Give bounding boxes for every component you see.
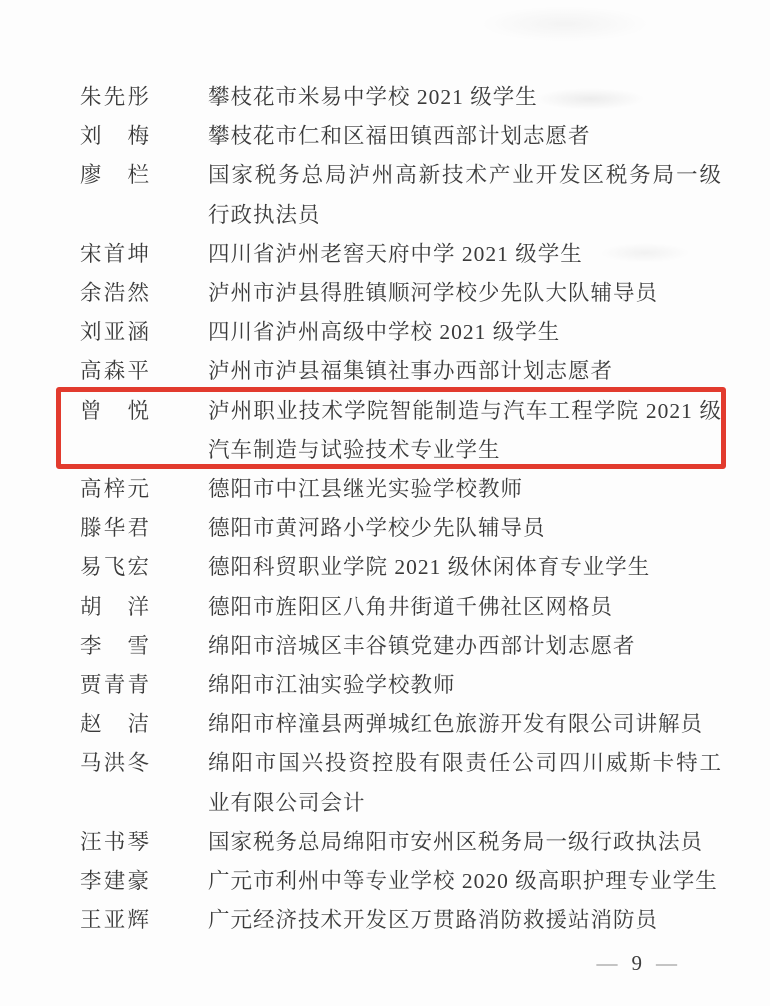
- page-number-value: 9: [619, 951, 657, 975]
- person-name: 滕华君: [80, 509, 150, 548]
- person-title: 国家税务总局绵阳市安州区税务局一级行政执法员: [208, 823, 722, 862]
- award-recipient-list: 朱先彤 攀枝花市米易中学校 2021 级学生 刘梅 攀枝花市仁和区福田镇西部计划…: [80, 78, 722, 940]
- page-number-dash: —: [656, 951, 678, 975]
- title-line: 泸州职业技术学院智能制造与汽车工程学院 2021 级: [208, 392, 722, 431]
- person-name: 高森平: [80, 352, 150, 391]
- list-entry: 易飞宏 德阳科贸职业学院 2021 级休闲体育专业学生: [80, 548, 722, 587]
- person-name: 刘梅: [80, 117, 150, 156]
- list-entry: 马洪冬 绵阳市国兴投资控股有限责任公司四川威斯卡特工 业有限公司会计: [80, 744, 722, 822]
- list-entry: 王亚辉 广元经济技术开发区万贯路消防救援站消防员: [80, 901, 722, 940]
- page-number-dash: —: [597, 951, 619, 975]
- title-line: 德阳市旌阳区八角井街道千佛社区网格员: [208, 588, 722, 627]
- person-name: 余浩然: [80, 274, 150, 313]
- title-line: 绵阳市梓潼县两弹城红色旅游开发有限公司讲解员: [208, 705, 722, 744]
- person-name: 李建豪: [80, 862, 150, 901]
- list-entry: 朱先彤 攀枝花市米易中学校 2021 级学生: [80, 78, 722, 117]
- title-line: 德阳市中江县继光实验学校教师: [208, 470, 722, 509]
- person-name: 胡洋: [80, 588, 150, 627]
- list-entry: 贾青青 绵阳市江油实验学校教师: [80, 666, 722, 705]
- document-page: 朱先彤 攀枝花市米易中学校 2021 级学生 刘梅 攀枝花市仁和区福田镇西部计划…: [0, 0, 770, 1006]
- title-line: 攀枝花市仁和区福田镇西部计划志愿者: [208, 117, 722, 156]
- scan-smudge: [480, 6, 650, 42]
- title-line: 绵阳市江油实验学校教师: [208, 666, 722, 705]
- list-entry: 高森平 泸州市泸县福集镇社事办西部计划志愿者: [80, 352, 722, 391]
- person-name: 曾悦: [80, 392, 150, 470]
- person-title: 德阳市旌阳区八角井街道千佛社区网格员: [208, 588, 722, 627]
- list-entry: 胡洋 德阳市旌阳区八角井街道千佛社区网格员: [80, 588, 722, 627]
- person-title: 德阳科贸职业学院 2021 级休闲体育专业学生: [208, 548, 722, 587]
- title-line: 广元经济技术开发区万贯路消防救援站消防员: [208, 901, 722, 940]
- person-title: 四川省泸州高级中学校 2021 级学生: [208, 313, 722, 352]
- list-entry: 余浩然 泸州市泸县得胜镇顺河学校少先队大队辅导员: [80, 274, 722, 313]
- person-name: 王亚辉: [80, 901, 150, 940]
- list-entry-highlighted: 曾悦 泸州职业技术学院智能制造与汽车工程学院 2021 级 汽车制造与试验技术专…: [80, 392, 722, 470]
- person-name: 贾青青: [80, 666, 150, 705]
- person-name: 汪书琴: [80, 823, 150, 862]
- person-title: 德阳市黄河路小学校少先队辅导员: [208, 509, 722, 548]
- person-title: 泸州市泸县福集镇社事办西部计划志愿者: [208, 352, 722, 391]
- person-title: 攀枝花市仁和区福田镇西部计划志愿者: [208, 117, 722, 156]
- person-name: 朱先彤: [80, 78, 150, 117]
- title-line: 泸州市泸县得胜镇顺河学校少先队大队辅导员: [208, 274, 722, 313]
- person-title: 绵阳市国兴投资控股有限责任公司四川威斯卡特工 业有限公司会计: [208, 744, 722, 822]
- person-title: 绵阳市梓潼县两弹城红色旅游开发有限公司讲解员: [208, 705, 722, 744]
- person-name: 赵洁: [80, 705, 150, 744]
- title-line: 业有限公司会计: [208, 784, 722, 823]
- list-entry: 高梓元 德阳市中江县继光实验学校教师: [80, 470, 722, 509]
- list-entry: 滕华君 德阳市黄河路小学校少先队辅导员: [80, 509, 722, 548]
- list-entry: 宋首坤 四川省泸州老窖天府中学 2021 级学生: [80, 235, 722, 274]
- person-name: 高梓元: [80, 470, 150, 509]
- list-entry: 廖栏 国家税务总局泸州高新技术产业开发区税务局一级 行政执法员: [80, 156, 722, 234]
- page-number: —9—: [597, 951, 679, 976]
- person-title: 泸州市泸县得胜镇顺河学校少先队大队辅导员: [208, 274, 722, 313]
- person-name: 易飞宏: [80, 548, 150, 587]
- title-line: 泸州市泸县福集镇社事办西部计划志愿者: [208, 352, 722, 391]
- person-title: 泸州职业技术学院智能制造与汽车工程学院 2021 级 汽车制造与试验技术专业学生: [208, 392, 722, 470]
- title-line: 国家税务总局泸州高新技术产业开发区税务局一级: [208, 156, 722, 195]
- list-entry: 刘亚涵 四川省泸州高级中学校 2021 级学生: [80, 313, 722, 352]
- title-line: 绵阳市国兴投资控股有限责任公司四川威斯卡特工: [208, 744, 722, 783]
- title-line: 国家税务总局绵阳市安州区税务局一级行政执法员: [208, 823, 722, 862]
- person-title: 攀枝花市米易中学校 2021 级学生: [208, 78, 722, 117]
- title-line: 德阳科贸职业学院 2021 级休闲体育专业学生: [208, 548, 722, 587]
- title-line: 广元市利州中等专业学校 2020 级高职护理专业学生: [208, 862, 722, 901]
- title-line: 四川省泸州高级中学校 2021 级学生: [208, 313, 722, 352]
- title-line: 汽车制造与试验技术专业学生: [208, 431, 722, 470]
- list-entry: 李雪 绵阳市涪城区丰谷镇党建办西部计划志愿者: [80, 627, 722, 666]
- person-title: 绵阳市江油实验学校教师: [208, 666, 722, 705]
- title-line: 绵阳市涪城区丰谷镇党建办西部计划志愿者: [208, 627, 722, 666]
- person-title: 绵阳市涪城区丰谷镇党建办西部计划志愿者: [208, 627, 722, 666]
- person-title: 广元经济技术开发区万贯路消防救援站消防员: [208, 901, 722, 940]
- person-title: 国家税务总局泸州高新技术产业开发区税务局一级 行政执法员: [208, 156, 722, 234]
- person-title: 四川省泸州老窖天府中学 2021 级学生: [208, 235, 722, 274]
- person-title: 德阳市中江县继光实验学校教师: [208, 470, 722, 509]
- person-name: 李雪: [80, 627, 150, 666]
- title-line: 行政执法员: [208, 196, 722, 235]
- person-name: 马洪冬: [80, 744, 150, 822]
- person-name: 宋首坤: [80, 235, 150, 274]
- person-name: 廖栏: [80, 156, 150, 234]
- list-entry: 汪书琴 国家税务总局绵阳市安州区税务局一级行政执法员: [80, 823, 722, 862]
- list-entry: 刘梅 攀枝花市仁和区福田镇西部计划志愿者: [80, 117, 722, 156]
- title-line: 德阳市黄河路小学校少先队辅导员: [208, 509, 722, 548]
- list-entry: 李建豪 广元市利州中等专业学校 2020 级高职护理专业学生: [80, 862, 722, 901]
- list-entry: 赵洁 绵阳市梓潼县两弹城红色旅游开发有限公司讲解员: [80, 705, 722, 744]
- person-name: 刘亚涵: [80, 313, 150, 352]
- title-line: 四川省泸州老窖天府中学 2021 级学生: [208, 235, 722, 274]
- person-title: 广元市利州中等专业学校 2020 级高职护理专业学生: [208, 862, 722, 901]
- title-line: 攀枝花市米易中学校 2021 级学生: [208, 78, 722, 117]
